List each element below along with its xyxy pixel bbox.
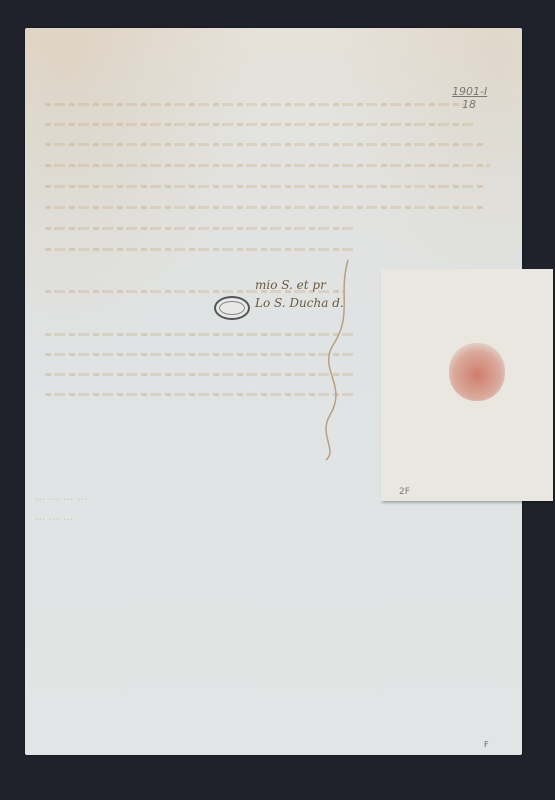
faded-text-line [45,164,490,167]
faded-text-line [45,333,355,336]
folded-flap: 2F [381,269,553,501]
archive-reference: 1901-I 18 [452,85,487,111]
wax-seal [449,343,505,401]
faded-lower-note: ... ... ... ... ... ... ... [35,487,87,527]
corner-mark: F [484,740,489,749]
faded-text-line [45,206,485,209]
faded-text-line [45,248,355,251]
faded-text-line [45,123,475,126]
archive-stamp-icon [214,296,250,320]
faded-text-line [45,185,485,188]
faded-text-line [45,103,465,106]
archive-reference-code: 1901-I [452,85,487,98]
folio-number: 18 [462,98,487,111]
document-page: 2F [25,28,522,755]
faded-text-line [45,227,355,230]
flap-mark: 2F [399,487,410,497]
faded-text-line [45,143,485,146]
faded-text-line [45,373,355,376]
faded-text-line [45,353,355,356]
flourish-stroke [318,255,358,465]
faded-text-line [45,393,355,396]
